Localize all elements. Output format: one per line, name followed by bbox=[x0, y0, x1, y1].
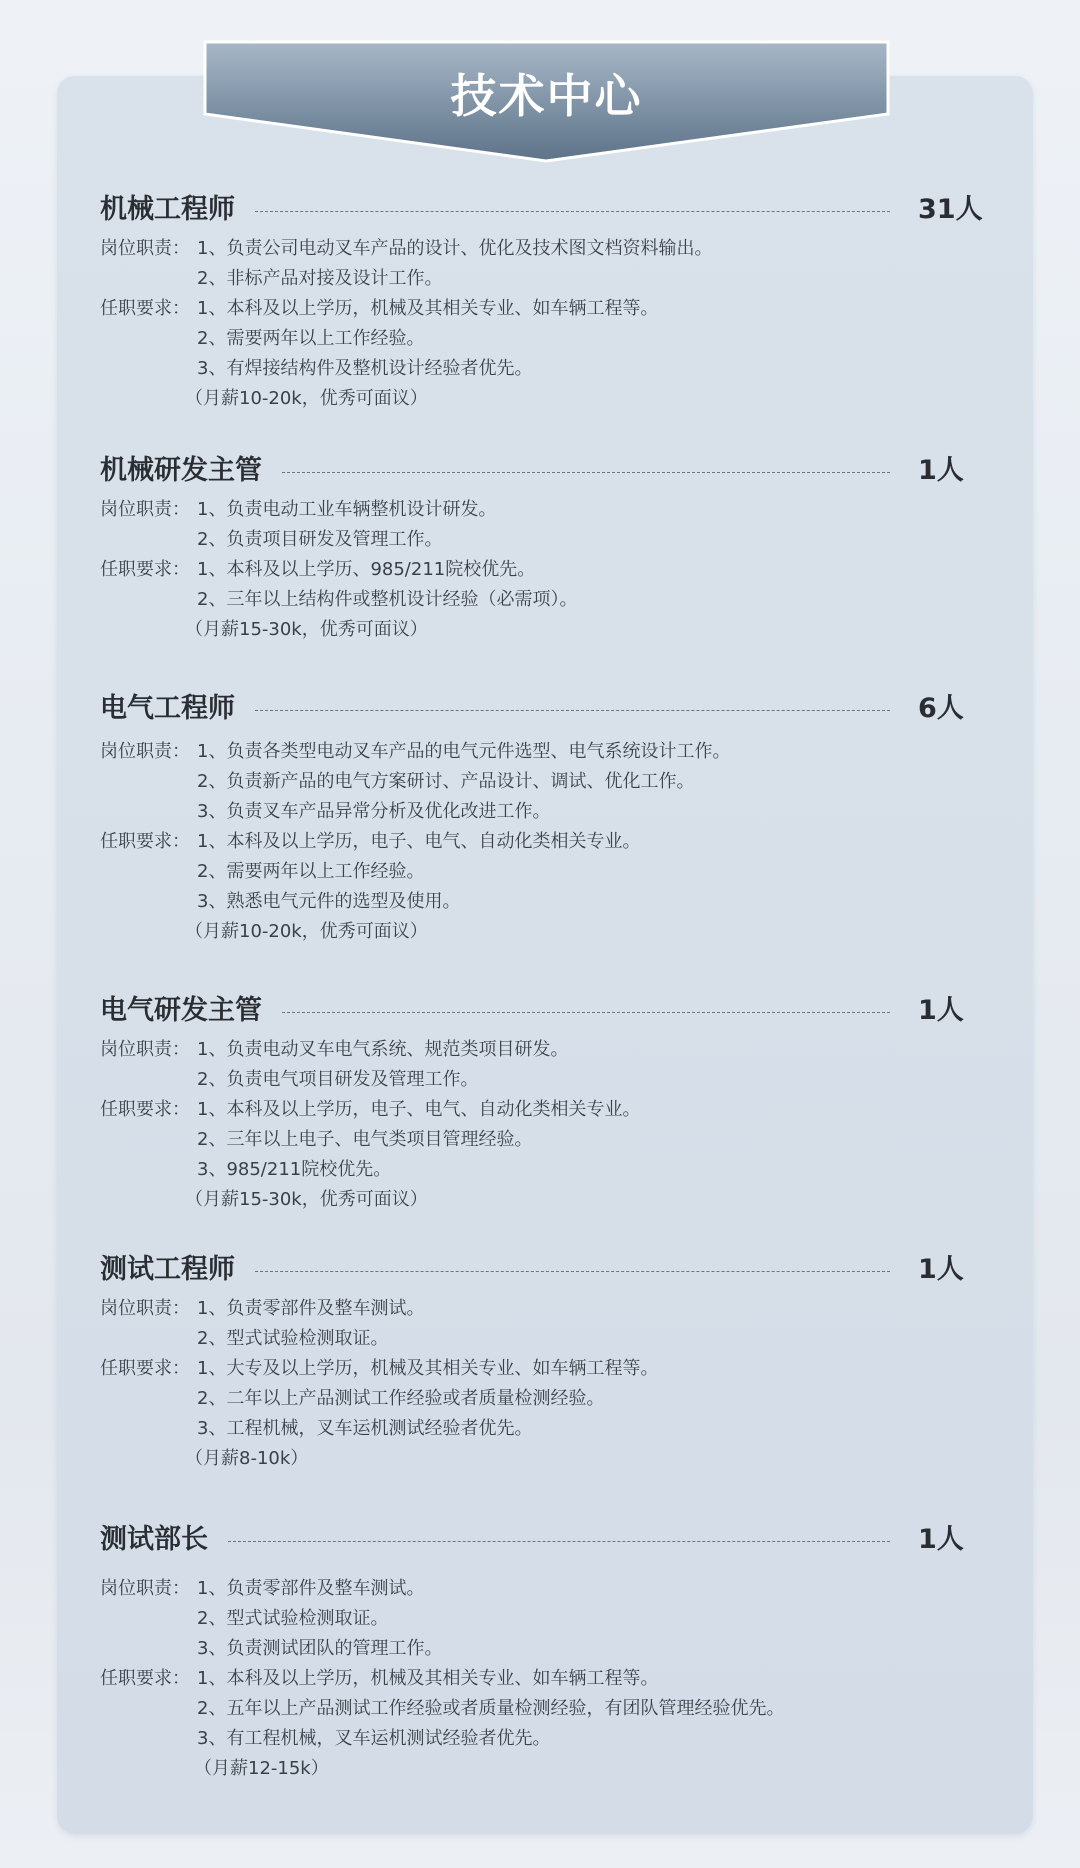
requirement-item: 1、本科及以上学历、985/211院校优先。 bbox=[197, 555, 535, 585]
job-title: 测试部长 bbox=[100, 1520, 208, 1560]
job-body: 岗位职责：1、负责公司电动叉车产品的设计、优化及技术图文档资料输出。 2、非标产… bbox=[100, 234, 980, 414]
duty-line: 岗位职责：1、负责电动工业车辆整机设计研发。 bbox=[100, 495, 980, 525]
requirement-item: 2、五年以上产品测试工作经验或者质量检测经验，有团队管理经验优先。 bbox=[197, 1694, 784, 1724]
requirement-line: 任职要求：1、本科及以上学历，电子、电气、自动化类相关专业。 bbox=[100, 827, 980, 857]
job-section: 测试部长 1人 岗位职责：1、负责零部件及整车测试。 2、型式试验检测取证。 3… bbox=[100, 1520, 980, 1784]
duty-item: 2、负责项目研发及管理工作。 bbox=[197, 525, 442, 555]
job-section: 机械研发主管 1人 岗位职责：1、负责电动工业车辆整机设计研发。 2、负责项目研… bbox=[100, 451, 980, 645]
duties-label: 岗位职责： bbox=[100, 1035, 197, 1065]
requirement-line: 3、有焊接结构件及整机设计经验者优先。 bbox=[100, 354, 980, 384]
duty-line: 岗位职责：1、负责各类型电动叉车产品的电气元件选型、电气系统设计工作。 bbox=[100, 737, 980, 767]
duty-line: 岗位职责：1、负责电动叉车电气系统、规范类项目研发。 bbox=[100, 1035, 980, 1065]
salary-note: （月薪10-20k，优秀可面议） bbox=[100, 384, 980, 414]
dashed-divider bbox=[282, 472, 890, 473]
requirement-item: 1、大专及以上学历，机械及其相关专业、如车辆工程等。 bbox=[197, 1354, 658, 1384]
requirement-line: 2、需要两年以上工作经验。 bbox=[100, 324, 980, 354]
job-header: 电气工程师 6人 bbox=[100, 689, 980, 729]
job-header: 机械研发主管 1人 bbox=[100, 451, 980, 491]
duty-item: 1、负责零部件及整车测试。 bbox=[197, 1574, 424, 1604]
duty-item: 1、负责各类型电动叉车产品的电气元件选型、电气系统设计工作。 bbox=[197, 737, 730, 767]
job-section: 电气工程师 6人 岗位职责：1、负责各类型电动叉车产品的电气元件选型、电气系统设… bbox=[100, 689, 980, 947]
requirement-item: 3、有工程机械，叉车运机测试经验者优先。 bbox=[197, 1724, 550, 1754]
dashed-divider bbox=[282, 1012, 890, 1013]
requirement-item: 3、985/211院校优先。 bbox=[197, 1155, 391, 1185]
duty-line: 2、负责电气项目研发及管理工作。 bbox=[100, 1065, 980, 1095]
section-banner: 技术中心 bbox=[203, 40, 890, 164]
job-body: 岗位职责：1、负责电动工业车辆整机设计研发。 2、负责项目研发及管理工作。 任职… bbox=[100, 495, 980, 645]
requirement-line: 任职要求：1、大专及以上学历，机械及其相关专业、如车辆工程等。 bbox=[100, 1354, 980, 1384]
requirement-item: 2、三年以上结构件或整机设计经验（必需项）。 bbox=[197, 585, 577, 615]
job-body: 岗位职责：1、负责各类型电动叉车产品的电气元件选型、电气系统设计工作。 2、负责… bbox=[100, 737, 980, 947]
job-title: 电气研发主管 bbox=[100, 991, 262, 1031]
requirement-item: 2、需要两年以上工作经验。 bbox=[197, 324, 424, 354]
job-body: 岗位职责：1、负责电动叉车电气系统、规范类项目研发。 2、负责电气项目研发及管理… bbox=[100, 1035, 980, 1215]
requirement-line: 任职要求：1、本科及以上学历，机械及其相关专业、如车辆工程等。 bbox=[100, 294, 980, 324]
job-title: 测试工程师 bbox=[100, 1250, 235, 1290]
requirement-item: 1、本科及以上学历，机械及其相关专业、如车辆工程等。 bbox=[197, 294, 658, 324]
dashed-divider bbox=[255, 211, 890, 212]
job-section: 测试工程师 1人 岗位职责：1、负责零部件及整车测试。 2、型式试验检测取证。 … bbox=[100, 1250, 980, 1474]
duty-line: 岗位职责：1、负责零部件及整车测试。 bbox=[100, 1294, 980, 1324]
requirement-item: 1、本科及以上学历，机械及其相关专业、如车辆工程等。 bbox=[197, 1664, 658, 1694]
duty-line: 2、非标产品对接及设计工作。 bbox=[100, 264, 980, 294]
headcount: 6人 bbox=[918, 689, 980, 729]
salary-note: （月薪8-10k） bbox=[100, 1444, 980, 1474]
requirement-line: 3、熟悉电气元件的选型及使用。 bbox=[100, 887, 980, 917]
job-header: 电气研发主管 1人 bbox=[100, 991, 980, 1031]
requirement-line: 3、有工程机械，叉车运机测试经验者优先。 bbox=[100, 1724, 980, 1754]
requirement-item: 3、熟悉电气元件的选型及使用。 bbox=[197, 887, 460, 917]
requirement-line: 任职要求：1、本科及以上学历，机械及其相关专业、如车辆工程等。 bbox=[100, 1664, 980, 1694]
job-header: 测试工程师 1人 bbox=[100, 1250, 980, 1290]
duty-item: 1、负责零部件及整车测试。 bbox=[197, 1294, 424, 1324]
headcount: 1人 bbox=[918, 1250, 980, 1290]
job-body: 岗位职责：1、负责零部件及整车测试。 2、型式试验检测取证。 任职要求：1、大专… bbox=[100, 1294, 980, 1474]
duties-label: 岗位职责： bbox=[100, 1294, 197, 1324]
salary-note: （月薪15-30k，优秀可面议） bbox=[100, 1185, 980, 1215]
duty-line: 2、型式试验检测取证。 bbox=[100, 1604, 980, 1634]
duty-item: 2、非标产品对接及设计工作。 bbox=[197, 264, 442, 294]
job-section: 电气研发主管 1人 岗位职责：1、负责电动叉车电气系统、规范类项目研发。 2、负… bbox=[100, 991, 980, 1215]
requirement-line: 3、工程机械，叉车运机测试经验者优先。 bbox=[100, 1414, 980, 1444]
requirement-line: 2、二年以上产品测试工作经验或者质量检测经验。 bbox=[100, 1384, 980, 1414]
duty-item: 1、负责公司电动叉车产品的设计、优化及技术图文档资料输出。 bbox=[197, 234, 712, 264]
requirement-item: 2、三年以上电子、电气类项目管理经验。 bbox=[197, 1125, 532, 1155]
duty-item: 3、负责叉车产品异常分析及优化改进工作。 bbox=[197, 797, 550, 827]
job-section: 机械工程师 31人 岗位职责：1、负责公司电动叉车产品的设计、优化及技术图文档资… bbox=[100, 190, 980, 414]
duty-item: 2、型式试验检测取证。 bbox=[197, 1324, 388, 1354]
duty-line: 3、负责叉车产品异常分析及优化改进工作。 bbox=[100, 797, 980, 827]
job-body: 岗位职责：1、负责零部件及整车测试。 2、型式试验检测取证。 3、负责测试团队的… bbox=[100, 1574, 980, 1784]
duty-item: 1、负责电动叉车电气系统、规范类项目研发。 bbox=[197, 1035, 568, 1065]
dashed-divider bbox=[255, 1271, 890, 1272]
headcount: 1人 bbox=[918, 451, 980, 491]
requirement-item: 3、有焊接结构件及整机设计经验者优先。 bbox=[197, 354, 532, 384]
salary-note: （月薪15-30k，优秀可面议） bbox=[100, 615, 980, 645]
requirement-line: 2、三年以上电子、电气类项目管理经验。 bbox=[100, 1125, 980, 1155]
duty-item: 2、负责电气项目研发及管理工作。 bbox=[197, 1065, 478, 1095]
requirement-item: 1、本科及以上学历，电子、电气、自动化类相关专业。 bbox=[197, 827, 640, 857]
salary-note: （月薪10-20k，优秀可面议） bbox=[100, 917, 980, 947]
requirement-line: 2、三年以上结构件或整机设计经验（必需项）。 bbox=[100, 585, 980, 615]
requirement-item: 3、工程机械，叉车运机测试经验者优先。 bbox=[197, 1414, 532, 1444]
requirement-line: 3、985/211院校优先。 bbox=[100, 1155, 980, 1185]
salary-note: （月薪12-15k） bbox=[100, 1754, 980, 1784]
job-title: 电气工程师 bbox=[100, 689, 235, 729]
requirements-label: 任职要求： bbox=[100, 1664, 197, 1694]
duty-item: 2、负责新产品的电气方案研讨、产品设计、调试、优化工作。 bbox=[197, 767, 694, 797]
job-title: 机械研发主管 bbox=[100, 451, 262, 491]
duties-label: 岗位职责： bbox=[100, 234, 197, 264]
duty-item: 2、型式试验检测取证。 bbox=[197, 1604, 388, 1634]
headcount: 31人 bbox=[918, 190, 980, 230]
requirement-line: 2、五年以上产品测试工作经验或者质量检测经验，有团队管理经验优先。 bbox=[100, 1694, 980, 1724]
duties-label: 岗位职责： bbox=[100, 737, 197, 767]
job-title: 机械工程师 bbox=[100, 190, 235, 230]
duty-item: 3、负责测试团队的管理工作。 bbox=[197, 1634, 442, 1664]
duty-line: 2、型式试验检测取证。 bbox=[100, 1324, 980, 1354]
duty-item: 1、负责电动工业车辆整机设计研发。 bbox=[197, 495, 496, 525]
requirement-line: 任职要求：1、本科及以上学历、985/211院校优先。 bbox=[100, 555, 980, 585]
headcount: 1人 bbox=[918, 1520, 980, 1560]
job-header: 机械工程师 31人 bbox=[100, 190, 980, 230]
requirement-item: 1、本科及以上学历，电子、电气、自动化类相关专业。 bbox=[197, 1095, 640, 1125]
requirement-item: 2、二年以上产品测试工作经验或者质量检测经验。 bbox=[197, 1384, 604, 1414]
job-header: 测试部长 1人 bbox=[100, 1520, 980, 1560]
duty-line: 2、负责新产品的电气方案研讨、产品设计、调试、优化工作。 bbox=[100, 767, 980, 797]
page-title: 技术中心 bbox=[203, 68, 890, 124]
duties-label: 岗位职责： bbox=[100, 495, 197, 525]
duty-line: 岗位职责：1、负责公司电动叉车产品的设计、优化及技术图文档资料输出。 bbox=[100, 234, 980, 264]
headcount: 1人 bbox=[918, 991, 980, 1031]
requirements-label: 任职要求： bbox=[100, 294, 197, 324]
duty-line: 3、负责测试团队的管理工作。 bbox=[100, 1634, 980, 1664]
duty-line: 2、负责项目研发及管理工作。 bbox=[100, 525, 980, 555]
requirement-line: 任职要求：1、本科及以上学历，电子、电气、自动化类相关专业。 bbox=[100, 1095, 980, 1125]
requirements-label: 任职要求： bbox=[100, 1095, 197, 1125]
requirements-label: 任职要求： bbox=[100, 827, 197, 857]
requirement-item: 2、需要两年以上工作经验。 bbox=[197, 857, 424, 887]
requirements-label: 任职要求： bbox=[100, 555, 197, 585]
requirements-label: 任职要求： bbox=[100, 1354, 197, 1384]
dashed-divider bbox=[228, 1541, 890, 1542]
dashed-divider bbox=[255, 710, 890, 711]
duties-label: 岗位职责： bbox=[100, 1574, 197, 1604]
duty-line: 岗位职责：1、负责零部件及整车测试。 bbox=[100, 1574, 980, 1604]
requirement-line: 2、需要两年以上工作经验。 bbox=[100, 857, 980, 887]
